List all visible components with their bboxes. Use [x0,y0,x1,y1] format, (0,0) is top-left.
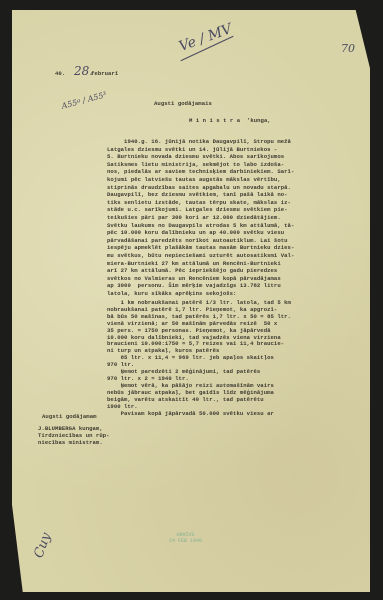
body-line: tiks senlietu izstāde, tautas tērpu skat… [107,199,294,207]
body-line: Svētku laukums no Daugavpils atrodas 5 k… [107,222,294,230]
archive-stamp: ARHIVS 24 FEB 1940 [169,532,202,544]
body-line: Daugavpilī, bez dziesmu svētkiem, tanī p… [107,191,294,199]
salutation-line1: Augsti godājamais [154,100,212,108]
body-line: stiprinās draudzības saites apgabalu un … [107,184,294,192]
document-page: Ve / MV 70 40. 28. februarī A55ᵍ / A55³ … [12,10,370,592]
body-line: 5. Burtnieku novada dziesmu svētki. Abos… [107,153,294,161]
recipient-line4: niecības ministram. [38,439,103,447]
body-line: arī 27 km attālumā. Pēc iepriekšējo gadu… [107,267,294,275]
body-line: teikušies pāri par 300 kori ar 12.000 dz… [107,214,294,222]
salutation-line2: M i n i s t r a 'kunga, [189,117,271,125]
body-line: pēc 10.000 koru dalībnieku un ap 40.000 … [107,229,294,237]
doc-number: 40. [55,70,65,78]
body-text: 1940.g. 16. jūnijā notika Daugavpilī, St… [107,138,294,297]
calc-line: Pavisam kopā jāpārvadā 50.000 svētku vie… [107,411,291,418]
month: februarī [91,70,118,78]
calculation-text: 1 km nobraukšanai patērē 1/3 ltr. latola… [107,300,291,417]
body-line: miera-Burtnieki 27 km attālumā un Rencēn… [107,260,294,268]
body-line: kojumi pēc latviešu tautas augstās māksl… [107,176,294,184]
body-line: nos, piedalās ar saviem technisķiem darb… [107,168,294,176]
signature-handwritten: Cuy [31,531,54,560]
reference-handwritten: A55ᵍ / A55³ [61,90,108,111]
body-line: mu svētkus, būtu nepieciešami uzturēt au… [107,252,294,260]
stamp-line2: 24 FEB 1940 [169,538,202,544]
page-number-handwritten: 70 [341,42,355,55]
body-line: stāde u.c. sarīkojumi. Latgales dziesmu … [107,206,294,214]
body-line: 1940.g. 16. jūnijā notika Daugavpilī, St… [107,138,294,146]
body-line: Satiksmes lietu ministrija, sekmējot to … [107,161,294,169]
body-line: pārvadāšanai paredzēts norīkot autoautik… [107,237,294,245]
calc-line: 85 ltr. x 11,4 = 969 ltr. jeb apaļos ska… [107,355,291,362]
recipient-line1: Augsti godājamam [42,413,97,421]
body-line: iespēju apmeklēt plašākām tautas masām B… [107,244,294,252]
body-line: svētkos no Valmieras un Rencēniem kopā p… [107,275,294,283]
body-line: ap 3000 personu. Šim mērķim vajadzīgs 13… [107,282,294,290]
body-line: latola, kuru sīkāks aprēķins sekojošs: [107,290,294,298]
body-line: Latgales dziesmu svētki un 14. jūlijā Bu… [107,146,294,154]
